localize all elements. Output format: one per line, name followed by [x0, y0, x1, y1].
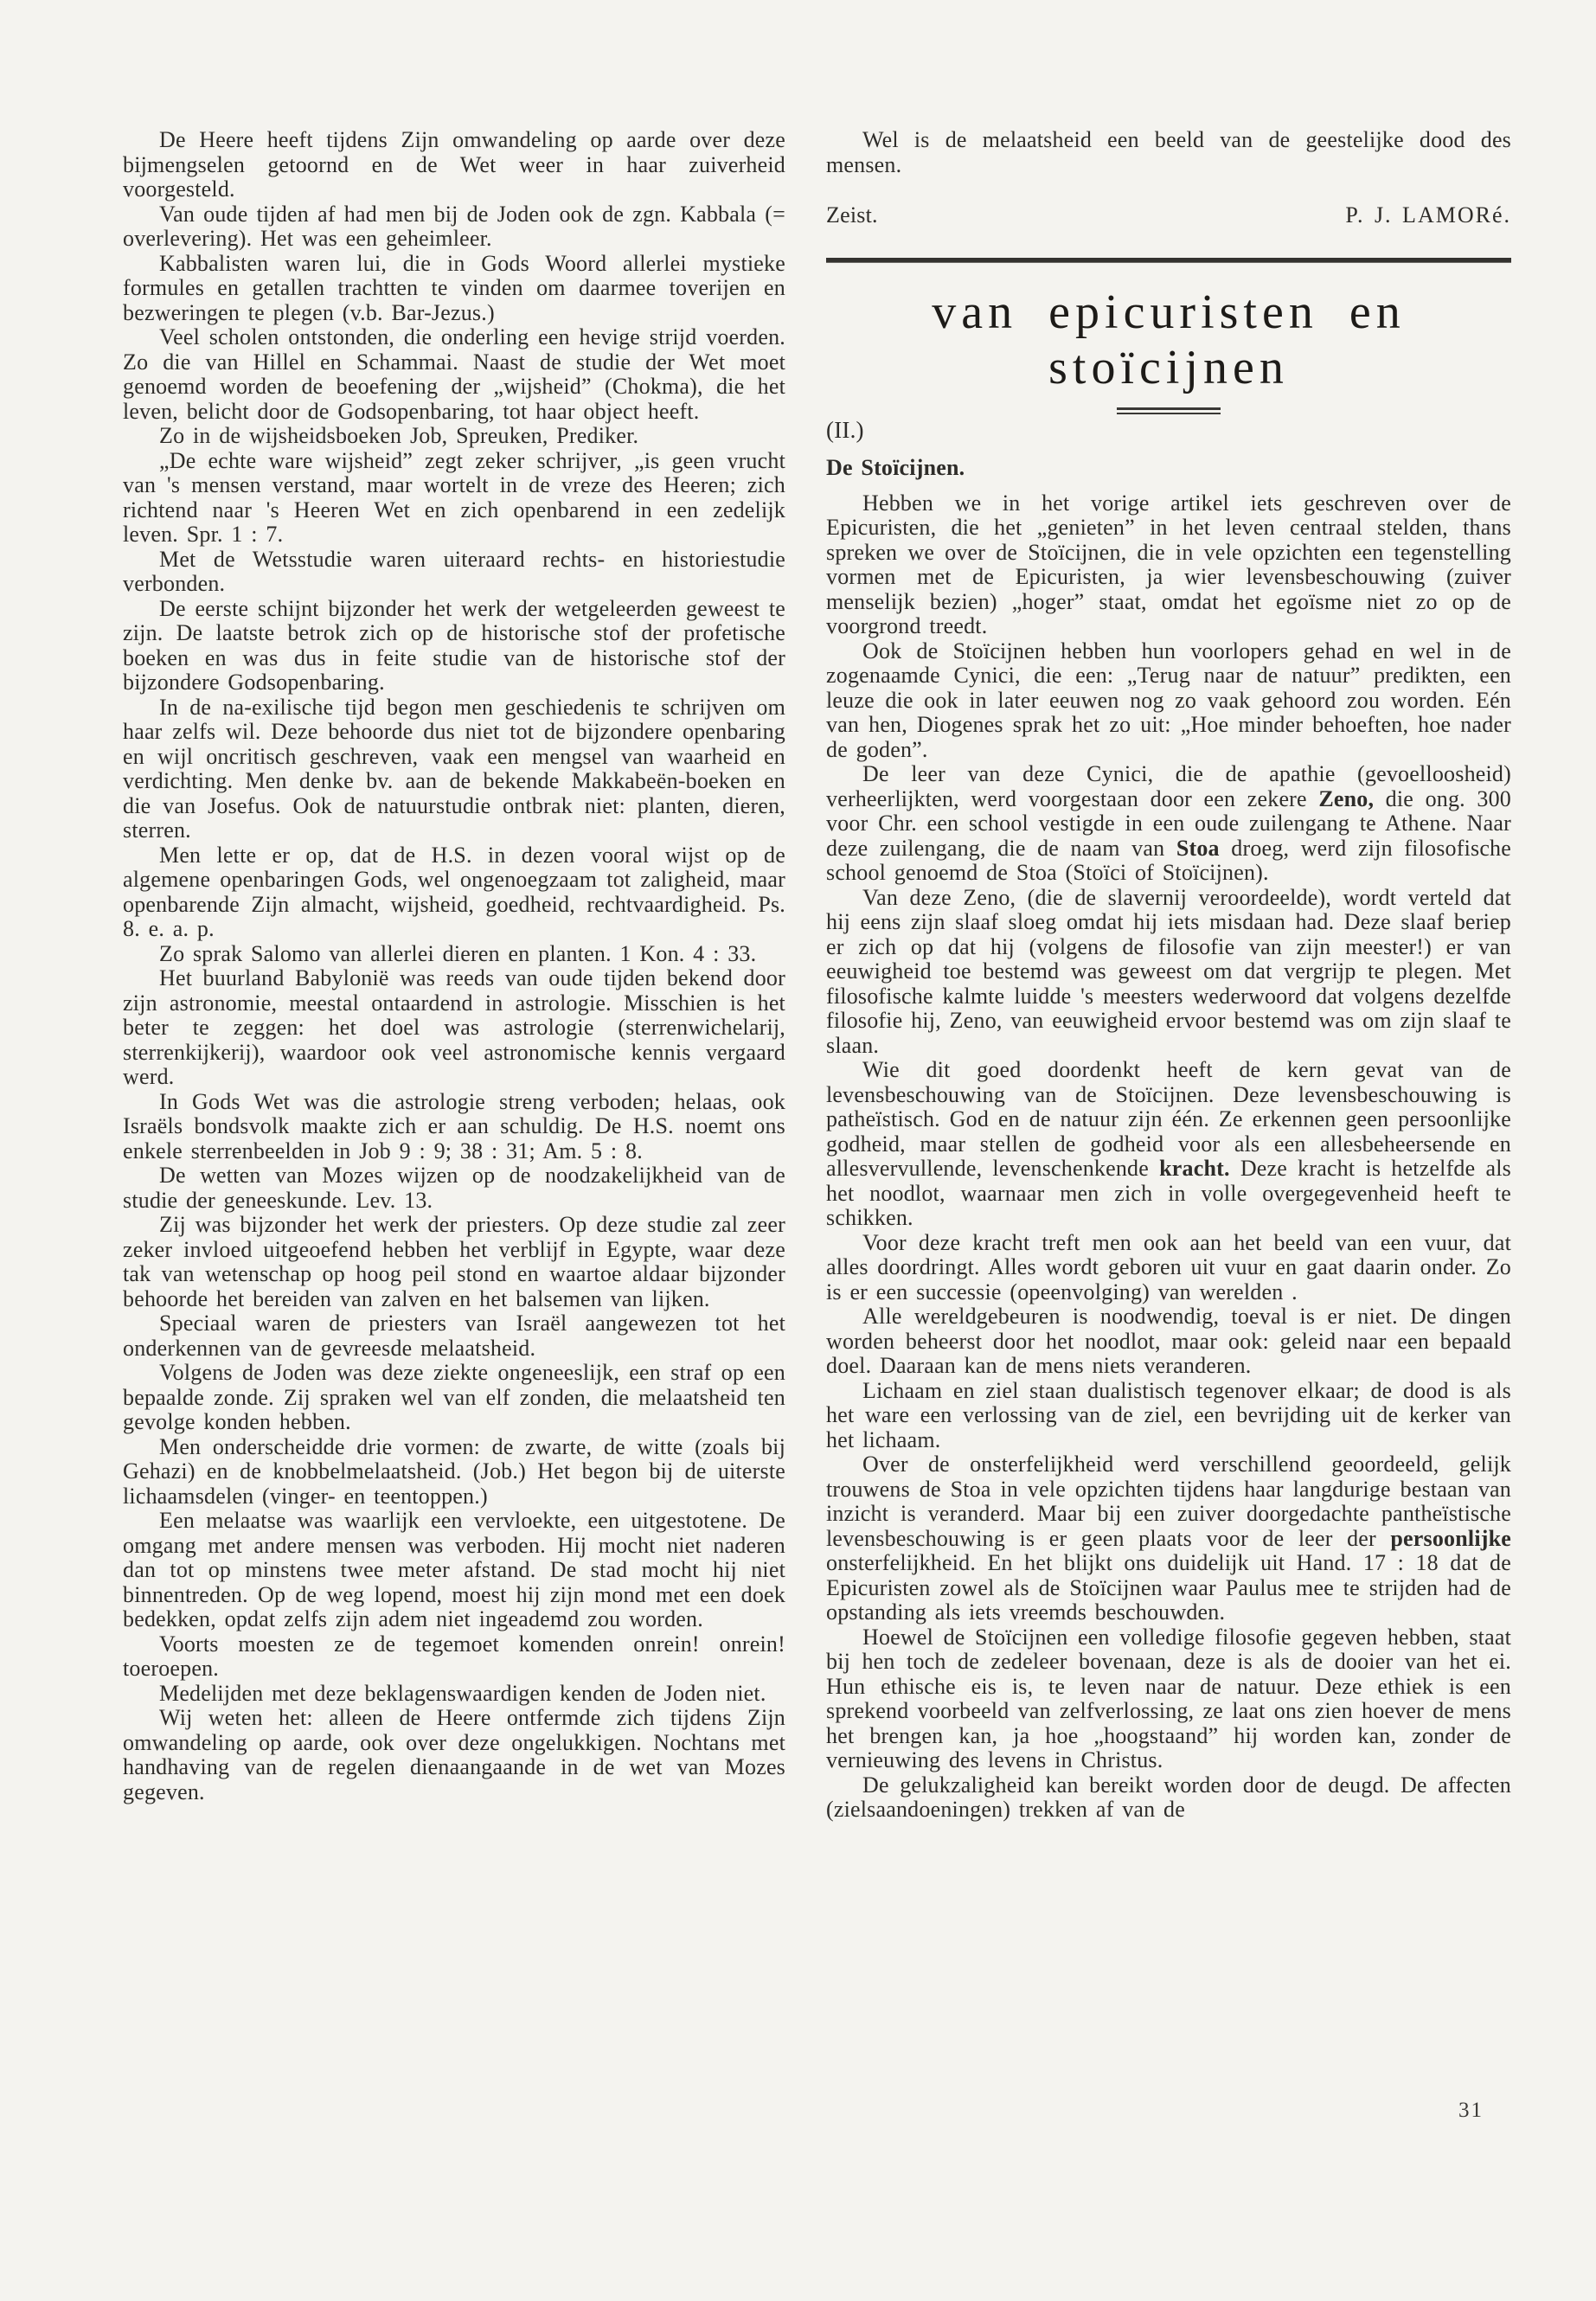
text-run: Voor deze kracht treft men ook aan het b… — [826, 1230, 1511, 1304]
paragraph: Volgens de Joden was deze ziekte ongenee… — [123, 1361, 785, 1435]
text-run: „De echte ware wijsheid” zegt zeker schr… — [123, 448, 785, 548]
text-run: Men lette er op, dat de H.S. in dezen vo… — [123, 843, 785, 942]
text-run: Voorts moesten ze de tegemoet komenden o… — [123, 1631, 785, 1682]
text-run: In Gods Wet was die astrologie streng ve… — [123, 1089, 785, 1163]
page: De Heere heeft tijdens Zijn omwandeling … — [0, 0, 1596, 2301]
paragraph: De gelukzaligheid kan bereikt worden doo… — [826, 1773, 1511, 1823]
left-column: De Heere heeft tijdens Zijn omwandeling … — [123, 128, 785, 1804]
text-run: Volgens de Joden was deze ziekte ongenee… — [123, 1360, 785, 1434]
text-run: De wetten van Mozes wijzen op de noodzak… — [123, 1163, 785, 1213]
text-run: Medelijden met deze beklagenswaardigen k… — [159, 1681, 766, 1706]
bold-text: persoonlijke — [1390, 1526, 1511, 1551]
paragraph: Zo in de wijsheidsboeken Job, Spreuken, … — [123, 424, 785, 449]
text-run: Zij was bijzonder het werk der priesters… — [123, 1212, 785, 1311]
signoff-row: Zeist. P. J. LAMORé. — [826, 203, 1511, 228]
text-run: Speciaal waren de priesters van Israël a… — [123, 1311, 785, 1361]
right-column-intro: Wel is de melaatsheid een beeld van de g… — [826, 128, 1511, 177]
title-underline — [1117, 407, 1221, 414]
signoff-place: Zeist. — [826, 203, 878, 228]
paragraph: Wij weten het: alleen de Heere ontfermde… — [123, 1706, 785, 1804]
paragraph: Speciaal waren de priesters van Israël a… — [123, 1311, 785, 1361]
bold-text: Zeno, — [1318, 786, 1374, 811]
text-run: Van deze Zeno, (die de slavernij veroord… — [826, 885, 1511, 1058]
paragraph: Het buurland Babylonië was reeds van oud… — [123, 966, 785, 1090]
paragraph: Men lette er op, dat de H.S. in dezen vo… — [123, 843, 785, 942]
text-run: Hoewel de Stoïcijnen een volledige filos… — [826, 1625, 1511, 1773]
text-run: Kabbalisten waren lui, die in Gods Woord… — [123, 251, 785, 325]
paragraph: Over de onsterfelijkheid werd verschille… — [826, 1452, 1511, 1625]
text-run: Wel is de melaatsheid een beeld van de g… — [826, 127, 1511, 177]
text-run: De gelukzaligheid kan bereikt worden doo… — [826, 1772, 1511, 1823]
text-run: Men onderscheidde drie vormen: de zwarte… — [123, 1434, 785, 1509]
text-run: onsterfelijkheid. En het blijkt ons duid… — [826, 1550, 1511, 1625]
text-run: Ook de Stoïcijnen hebben hun voorlopers … — [826, 638, 1511, 762]
text-run: Zo in de wijsheidsboeken Job, Spreuken, … — [159, 423, 638, 448]
paragraph: De Heere heeft tijdens Zijn omwandeling … — [123, 128, 785, 202]
article-title-line2: stoïcijnen — [826, 340, 1511, 395]
section-heading: De Stoïcijnen. — [826, 456, 1511, 481]
paragraph: Alle wereldgebeuren is noodwendig, toeva… — [826, 1304, 1511, 1379]
right-column-body: Hebben we in het vorige artikel iets ges… — [826, 491, 1511, 1823]
paragraph: Van oude tijden af had men bij de Joden … — [123, 202, 785, 252]
paragraph: Voorts moesten ze de tegemoet komenden o… — [123, 1632, 785, 1682]
paragraph: Wel is de melaatsheid een beeld van de g… — [826, 128, 1511, 177]
paragraph: Voor deze kracht treft men ook aan het b… — [826, 1231, 1511, 1305]
paragraph: Kabbalisten waren lui, die in Gods Woord… — [123, 252, 785, 326]
text-run: Een melaatse was waarlijk een vervloekte… — [123, 1508, 785, 1631]
paragraph: De leer van deze Cynici, die de apathie … — [826, 762, 1511, 886]
bold-text: kracht. — [1159, 1156, 1230, 1181]
article-title-line1: van epicuristen en — [826, 285, 1511, 340]
paragraph: „De echte ware wijsheid” zegt zeker schr… — [123, 449, 785, 548]
paragraph: Medelijden met deze beklagenswaardigen k… — [123, 1682, 785, 1707]
text-run: Hebben we in het vorige artikel iets ges… — [826, 490, 1511, 639]
text-run: In de na-exilische tijd begon men geschi… — [123, 695, 785, 843]
paragraph: Een melaatse was waarlijk een vervloekte… — [123, 1509, 785, 1632]
paragraph: Hebben we in het vorige artikel iets ges… — [826, 491, 1511, 639]
article-title: van epicuristen en stoïcijnen — [826, 285, 1511, 395]
right-column: Wel is de melaatsheid een beeld van de g… — [826, 128, 1511, 1823]
part-number: (II.) — [826, 418, 1511, 443]
section-divider-rule — [826, 258, 1511, 262]
paragraph: Ook de Stoïcijnen hebben hun voorlopers … — [826, 639, 1511, 763]
text-run: Zo sprak Salomo van allerlei dieren en p… — [159, 941, 756, 966]
paragraph: In de na-exilische tijd begon men geschi… — [123, 695, 785, 843]
signoff-author: P. J. LAMORé. — [1345, 203, 1511, 228]
text-run: Lichaam en ziel staan dualistisch tegeno… — [826, 1378, 1511, 1452]
paragraph: Lichaam en ziel staan dualistisch tegeno… — [826, 1379, 1511, 1453]
paragraph: Van deze Zeno, (die de slavernij veroord… — [826, 886, 1511, 1059]
paragraph: Zij was bijzonder het werk der priesters… — [123, 1213, 785, 1311]
paragraph: Zo sprak Salomo van allerlei dieren en p… — [123, 942, 785, 967]
text-run: Alle wereldgebeuren is noodwendig, toeva… — [826, 1304, 1511, 1378]
text-run: Met de Wetsstudie waren uiteraard rechts… — [123, 547, 785, 597]
paragraph: Wie dit goed doordenkt heeft de kern gev… — [826, 1058, 1511, 1231]
paragraph: Men onderscheidde drie vormen: de zwarte… — [123, 1435, 785, 1509]
text-run: De Heere heeft tijdens Zijn omwandeling … — [123, 127, 785, 202]
page-number: 31 — [1458, 2099, 1484, 2123]
text-run: Wij weten het: alleen de Heere ontfermde… — [123, 1705, 785, 1804]
text-run: Van oude tijden af had men bij de Joden … — [123, 202, 785, 252]
text-run: Het buurland Babylonië was reeds van oud… — [123, 965, 785, 1089]
paragraph: De eerste schijnt bijzonder het werk der… — [123, 597, 785, 695]
paragraph: Hoewel de Stoïcijnen een volledige filos… — [826, 1625, 1511, 1773]
paragraph: Veel scholen ontstonden, die onderling e… — [123, 325, 785, 424]
paragraph: De wetten van Mozes wijzen op de noodzak… — [123, 1163, 785, 1213]
paragraph: Met de Wetsstudie waren uiteraard rechts… — [123, 548, 785, 597]
paragraph: In Gods Wet was die astrologie streng ve… — [123, 1090, 785, 1164]
bold-text: Stoa — [1176, 836, 1220, 861]
text-run: De eerste schijnt bijzonder het werk der… — [123, 596, 785, 695]
text-run: Veel scholen ontstonden, die onderling e… — [123, 324, 785, 424]
